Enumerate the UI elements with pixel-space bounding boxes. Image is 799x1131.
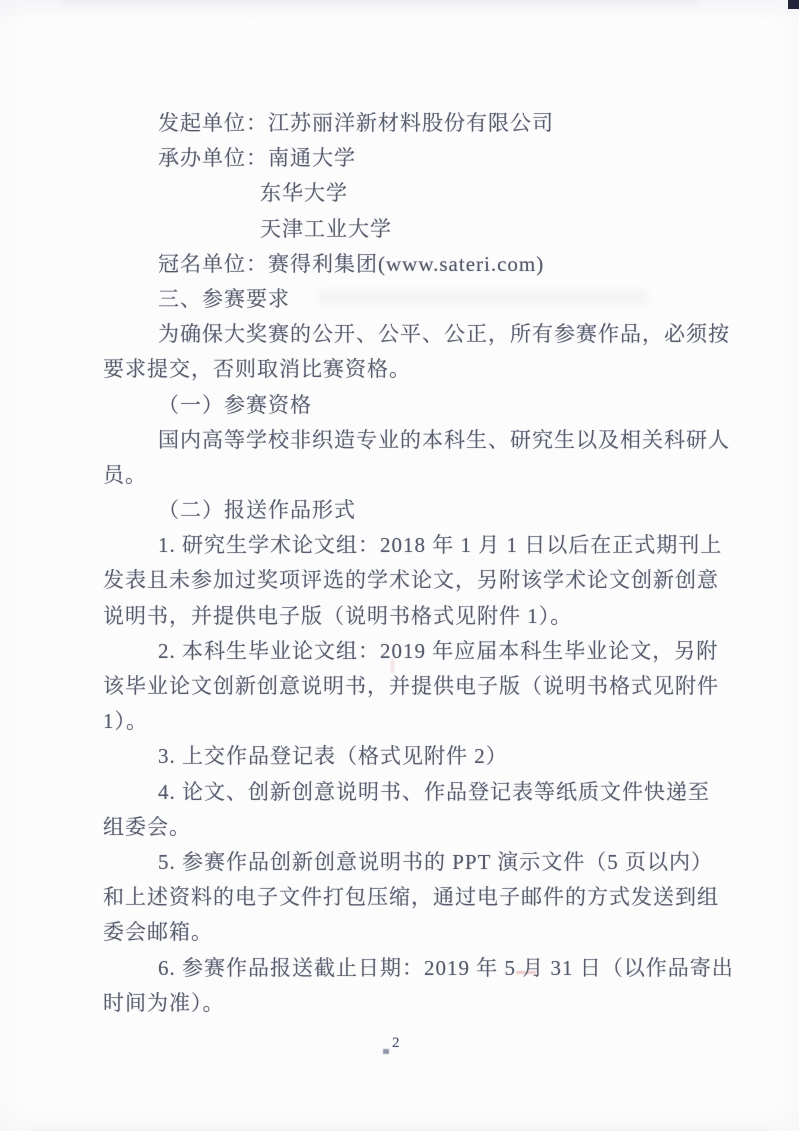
document-line: 说明书，并提供电子版（说明书格式见附件 1）。 bbox=[103, 599, 703, 634]
document-line: 3. 上交作品登记表（格式见附件 2） bbox=[103, 739, 703, 774]
document-line: 该毕业论文创新创意说明书，并提供电子版（说明书格式见附件 bbox=[103, 669, 703, 704]
document-line: 承办单位：南通大学 bbox=[103, 141, 703, 176]
document-line: （一）参赛资格 bbox=[103, 388, 703, 423]
page-number: 2 bbox=[0, 1035, 792, 1052]
document-line: 发表且未参加过奖项评选的学术论文，另附该学术论文创新创意 bbox=[103, 563, 703, 598]
document-line: 发起单位：江苏丽洋新材料股份有限公司 bbox=[103, 106, 703, 141]
document-body: 发起单位：江苏丽洋新材料股份有限公司承办单位：南通大学东华大学天津工业大学冠名单… bbox=[103, 106, 703, 1021]
document-line: 三、参赛要求 bbox=[103, 282, 703, 317]
document-line: 1）。 bbox=[103, 704, 703, 739]
document-line: 组委会。 bbox=[103, 810, 703, 845]
document-line: 员。 bbox=[103, 458, 703, 493]
document-line: 东华大学 bbox=[103, 176, 703, 211]
document-line: 1. 研究生学术论文组：2018 年 1 月 1 日以后在正式期刊上 bbox=[103, 528, 703, 563]
scanned-document-page: 发起单位：江苏丽洋新材料股份有限公司承办单位：南通大学东华大学天津工业大学冠名单… bbox=[0, 0, 799, 1131]
document-line: 国内高等学校非织造专业的本科生、研究生以及相关科研人 bbox=[103, 423, 703, 458]
document-line: 委会邮箱。 bbox=[103, 915, 703, 950]
document-line: （二）报送作品形式 bbox=[103, 493, 703, 528]
document-line: 冠名单位：赛得利集团(www.sateri.com) bbox=[103, 247, 703, 282]
document-line: 6. 参赛作品报送截止日期：2019 年 5 月 31 日（以作品寄出 bbox=[103, 951, 703, 986]
document-line: 为确保大奖赛的公开、公平、公正，所有参赛作品，必须按 bbox=[103, 317, 703, 352]
scan-smudge-top bbox=[60, 0, 700, 4]
document-line: 4. 论文、创新创意说明书、作品登记表等纸质文件快递至 bbox=[103, 775, 703, 810]
document-line: 天津工业大学 bbox=[103, 212, 703, 247]
document-line: 5. 参赛作品创新创意说明书的 PPT 演示文件（5 页以内） bbox=[103, 845, 703, 880]
document-line: 和上述资料的电子文件打包压缩，通过电子邮件的方式发送到组 bbox=[103, 880, 703, 915]
document-line: 要求提交，否则取消比赛资格。 bbox=[103, 352, 703, 387]
scan-corner-mark bbox=[788, 0, 799, 9]
document-line: 时间为准）。 bbox=[103, 986, 703, 1021]
document-line: 2. 本科生毕业论文组：2019 年应届本科生毕业论文，另附 bbox=[103, 634, 703, 669]
